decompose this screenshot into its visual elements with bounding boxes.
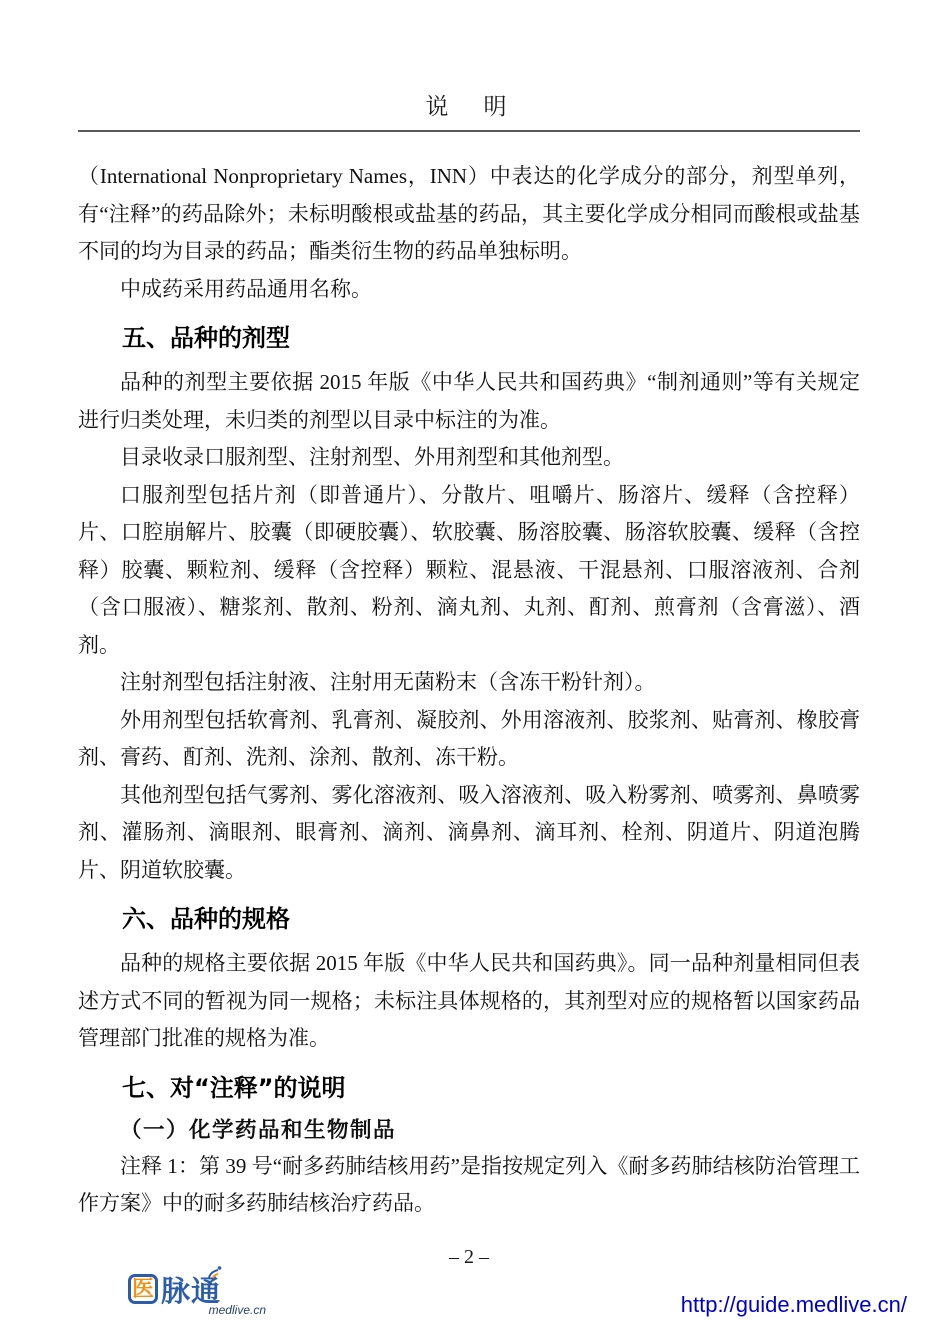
medlive-logo-box-icon: 医: [128, 1274, 158, 1304]
paragraph-dosage-categories: 目录收录口服剂型、注射剂型、外用剂型和其他剂型。: [78, 439, 860, 477]
document-page: 说 明 （International Nonproprietary Names，…: [0, 0, 935, 1332]
section-heading-specifications: 六、品种的规格: [78, 904, 860, 934]
page-number: – 2 –: [78, 1246, 860, 1269]
paragraph-tcm-naming: 中成药采用药品通用名称。: [78, 271, 860, 309]
paragraph-injection-forms: 注射剂型包括注射液、注射用无菌粉末（含冻干粉针剂）。: [78, 664, 860, 702]
section-heading-dosage-forms: 五、品种的剂型: [78, 323, 860, 353]
page-title: 说 明: [78, 88, 860, 121]
paragraph-inn-continuation: （International Nonproprietary Names，INN）…: [78, 158, 860, 271]
medlive-logo-row: 医 脉通: [128, 1272, 278, 1306]
medlive-logo: 医 脉通 medlive.cn: [128, 1272, 278, 1317]
document-body: （International Nonproprietary Names，INN）…: [78, 158, 860, 1223]
signal-icon: [206, 1265, 222, 1284]
subsection-heading-chemical-bio: （一）化学药品和生物制品: [78, 1114, 860, 1146]
guide-url-link[interactable]: http://guide.medlive.cn/: [681, 1292, 907, 1318]
paragraph-oral-forms: 口服剂型包括片剂（即普通片）、分散片、咀嚼片、肠溶片、缓释（含控释）片、口腔崩解…: [78, 477, 860, 665]
section-heading-annotations: 七、对“注释”的说明: [78, 1073, 860, 1103]
header-rule: [78, 130, 860, 132]
paragraph-topical-forms: 外用剂型包括软膏剂、乳膏剂、凝胶剂、外用溶液剂、胶浆剂、贴膏剂、橡胶膏剂、膏药、…: [78, 702, 860, 777]
document-header: 说 明: [78, 88, 860, 132]
paragraph-dosage-basis: 品种的剂型主要依据 2015 年版《中华人民共和国药典》“制剂通则”等有关规定进…: [78, 364, 860, 439]
paragraph-other-forms: 其他剂型包括气雾剂、雾化溶液剂、吸入溶液剂、吸入粉雾剂、喷雾剂、鼻喷雾剂、灌肠剂…: [78, 777, 860, 890]
paragraph-spec-basis: 品种的规格主要依据 2015 年版《中华人民共和国药典》。同一品种剂量相同但表述…: [78, 945, 860, 1058]
paragraph-note-1: 注释 1：第 39 号“耐多药肺结核用药”是指按规定列入《耐多药肺结核防治管理工…: [78, 1148, 860, 1223]
